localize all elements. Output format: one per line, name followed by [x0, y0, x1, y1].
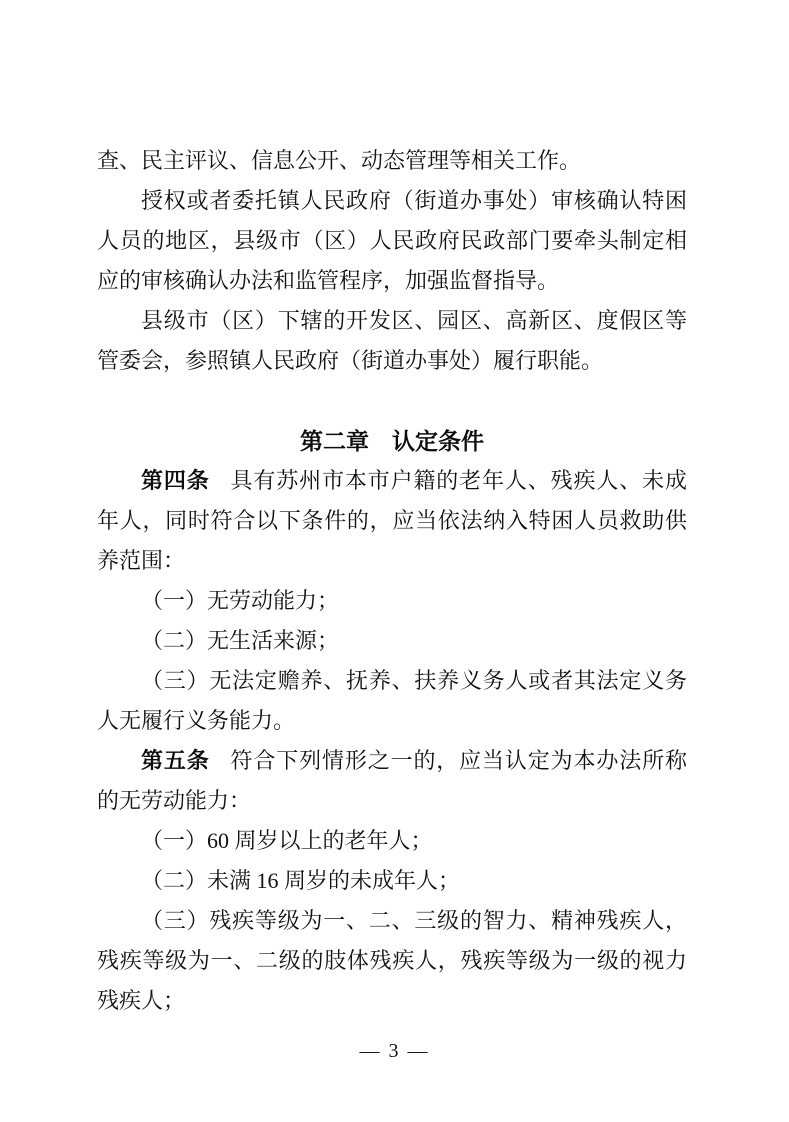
- article-4-item-1: （一）无劳动能力；: [97, 581, 687, 621]
- article-5: 第五条符合下列情形之一的，应当认定为本办法所称的无劳动能力：: [97, 741, 687, 821]
- page-number: — 3 —: [0, 1038, 789, 1064]
- chapter-heading: 第二章 认定条件: [97, 421, 687, 461]
- paragraph-authorization: 授权或者委托镇人民政府（街道办事处）审核确认特困人员的地区，县级市（区）人民政府…: [97, 181, 687, 301]
- article-4-item-2: （二）无生活来源；: [97, 621, 687, 661]
- article-5-item-1: （一）60 周岁以上的老年人；: [97, 821, 687, 861]
- document-body: 查、民主评议、信息公开、动态管理等相关工作。 授权或者委托镇人民政府（街道办事处…: [97, 141, 687, 1021]
- document-page: 查、民主评议、信息公开、动态管理等相关工作。 授权或者委托镇人民政府（街道办事处…: [0, 0, 789, 1122]
- article-4-item-3: （三）无法定赡养、抚养、扶养义务人或者其法定义务人无履行义务能力。: [97, 661, 687, 741]
- paragraph-management-committees: 县级市（区）下辖的开发区、园区、高新区、度假区等管委会，参照镇人民政府（街道办事…: [97, 301, 687, 381]
- paragraph-continuation: 查、民主评议、信息公开、动态管理等相关工作。: [97, 141, 687, 181]
- article-5-item-2: （二）未满 16 周岁的未成年人；: [97, 861, 687, 901]
- article-5-label: 第五条: [141, 748, 210, 773]
- article-4-label: 第四条: [141, 468, 210, 493]
- article-4: 第四条具有苏州市本市户籍的老年人、残疾人、未成年人，同时符合以下条件的，应当依法…: [97, 461, 687, 581]
- article-5-item-3: （三）残疾等级为一、二、三级的智力、精神残疾人，残疾等级为一、二级的肢体残疾人，…: [97, 901, 687, 1021]
